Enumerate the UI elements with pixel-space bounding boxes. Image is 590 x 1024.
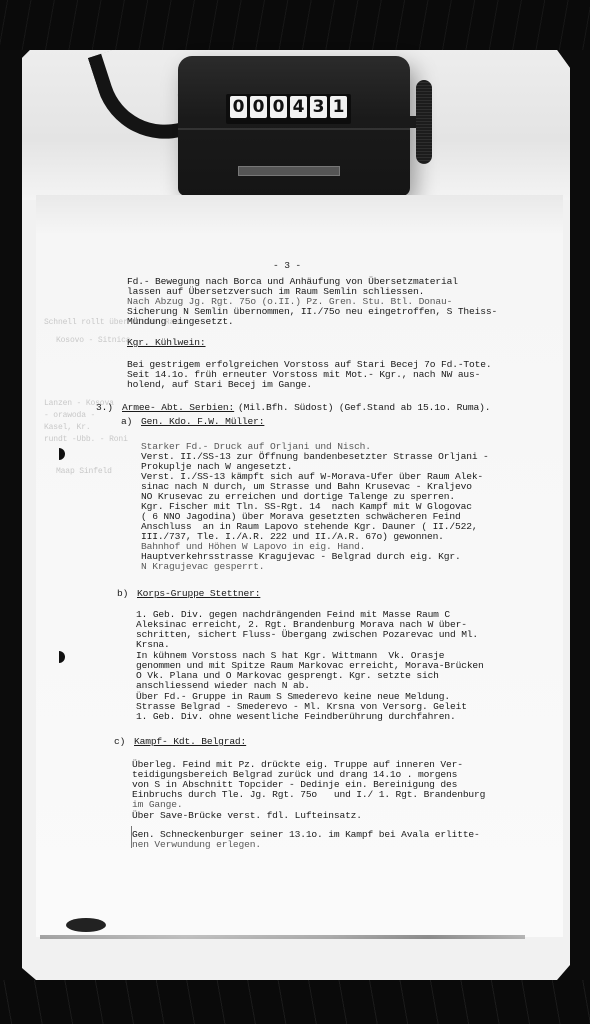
subsection-heading: Kampf- Kdt. Belgrad: — [134, 736, 246, 747]
bleed-through-text: Maap Sinfeld — [56, 466, 112, 477]
text-line: Über Save-Brücke verst. fdl. Lufteinsatz… — [132, 810, 362, 821]
subsection-label: b) — [117, 588, 128, 599]
text-line: schritten, sichert Fluss- Übergang zwisc… — [136, 629, 478, 640]
subsection-heading: Korps-Gruppe Stettner: — [137, 588, 260, 599]
bleed-through-text: rundt -Ubb. - Roni — [44, 434, 128, 445]
section-heading-suffix: (Mil.Bfh. Südost) (Gef.Stand ab 15.1o. R… — [238, 402, 490, 413]
subsection-label: a) — [121, 416, 132, 427]
bleed-through-text: Kosovo - Sitnica — [56, 335, 130, 346]
text-line: anschliessend wieder nach N ab. — [136, 680, 310, 691]
section-number: 3.) — [96, 402, 113, 413]
text-line: im Gange. — [132, 799, 182, 810]
text-line: Einbruchs durch Tle. Jg. Rgt. 75o und I.… — [132, 789, 485, 800]
text-line: Krsna. — [136, 639, 170, 650]
text-line: 1. Geb. Div. ohne wesentliche Feindberüh… — [136, 711, 456, 722]
text-line: holend, auf Stari Becej im Gange. — [127, 379, 312, 390]
bleed-through-text: Kasel, Kr. — [44, 422, 91, 433]
subsection-heading: Gen. Kdo. F.W. Müller: — [141, 416, 264, 427]
margin-bracket-mark — [131, 826, 132, 848]
text-line: Mündung eingesetzt. — [127, 316, 234, 327]
text-line: N Kragujevac gesperrt. — [141, 561, 264, 572]
document-text: Schnell rollt über diesen Raum Kosovo - … — [0, 0, 590, 1024]
section-heading: Kgr. Kühlwein: — [127, 337, 206, 348]
section-heading: Armee- Abt. Serbien: — [122, 402, 234, 413]
text-line: nen Verwundung erlegen. — [132, 839, 261, 850]
bleed-through-text: - orawoda - — [44, 410, 95, 421]
page-number: - 3 - — [273, 260, 301, 271]
subsection-label: c) — [114, 736, 125, 747]
